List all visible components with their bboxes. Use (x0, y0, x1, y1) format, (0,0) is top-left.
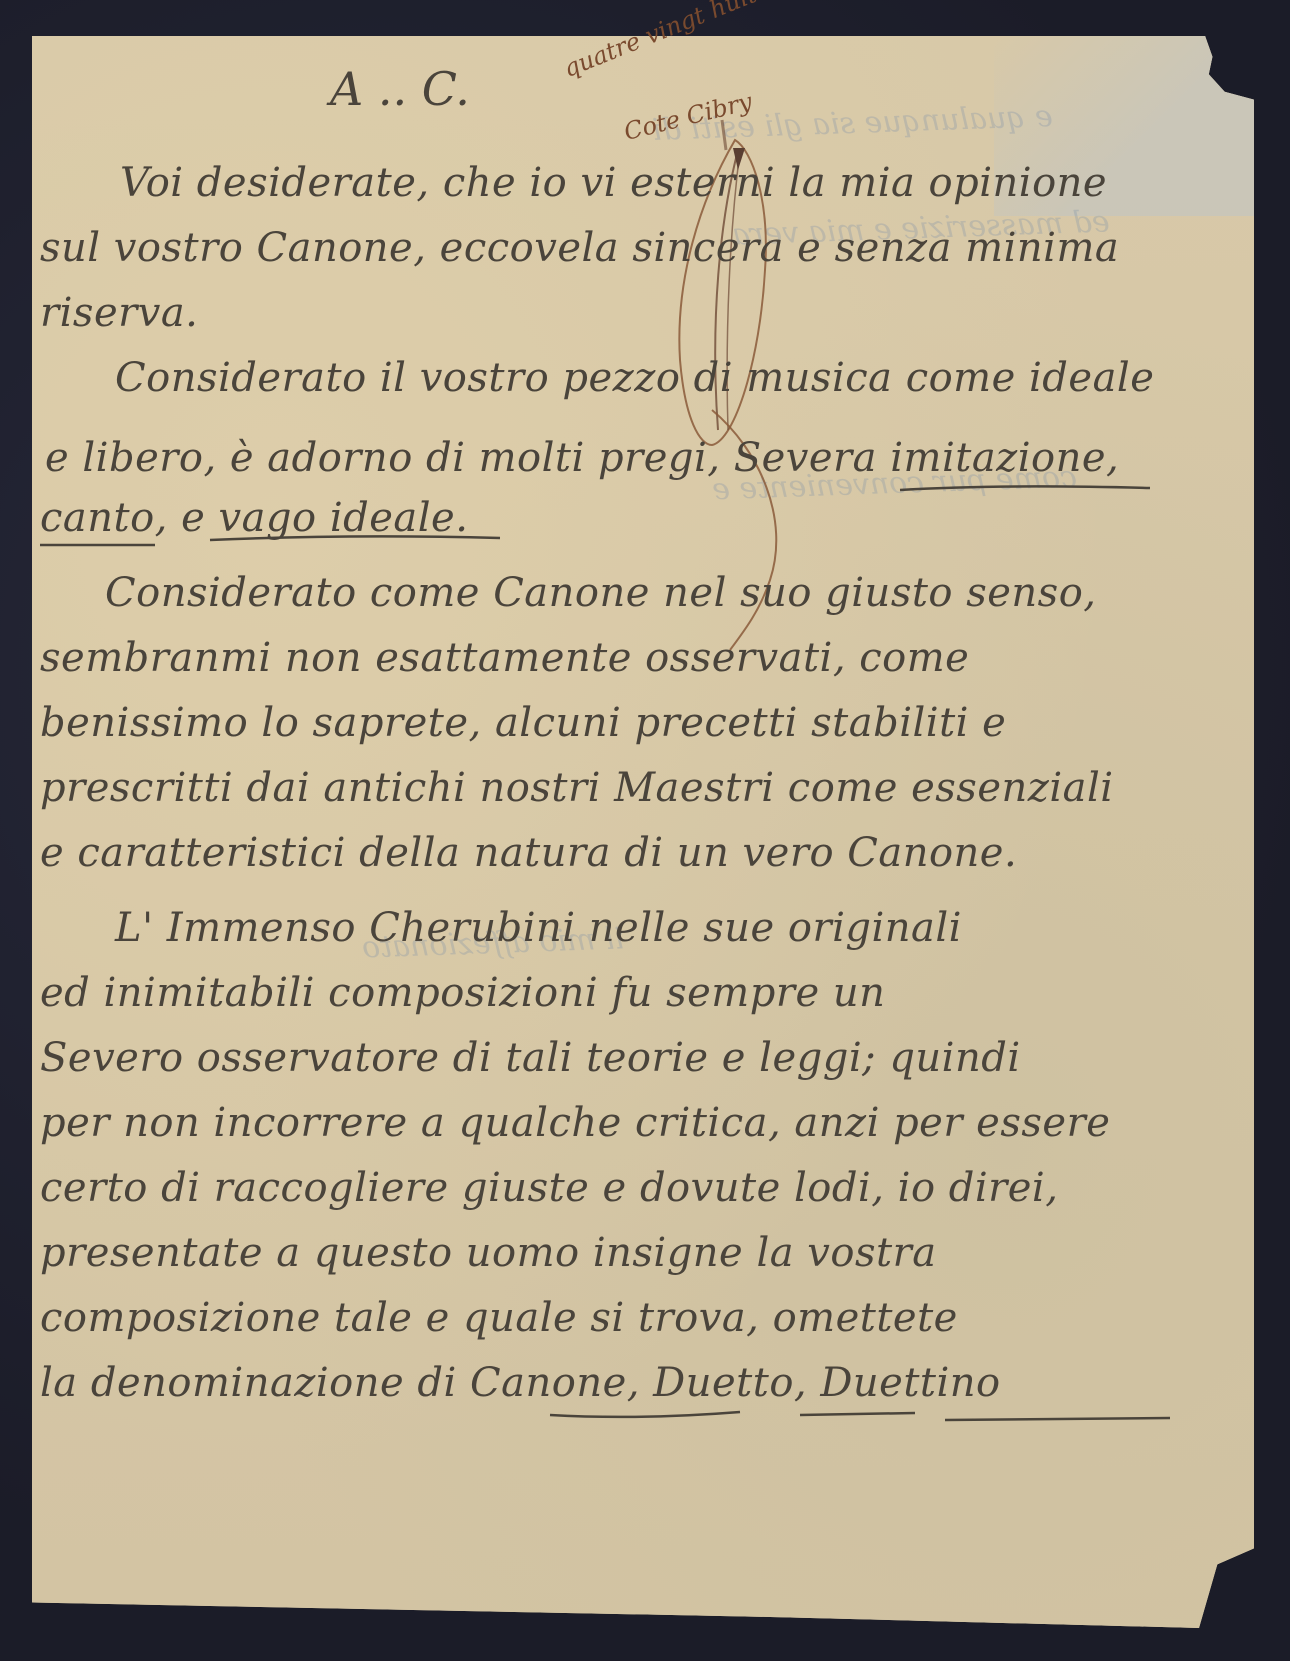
underlines (0, 0, 1290, 1661)
